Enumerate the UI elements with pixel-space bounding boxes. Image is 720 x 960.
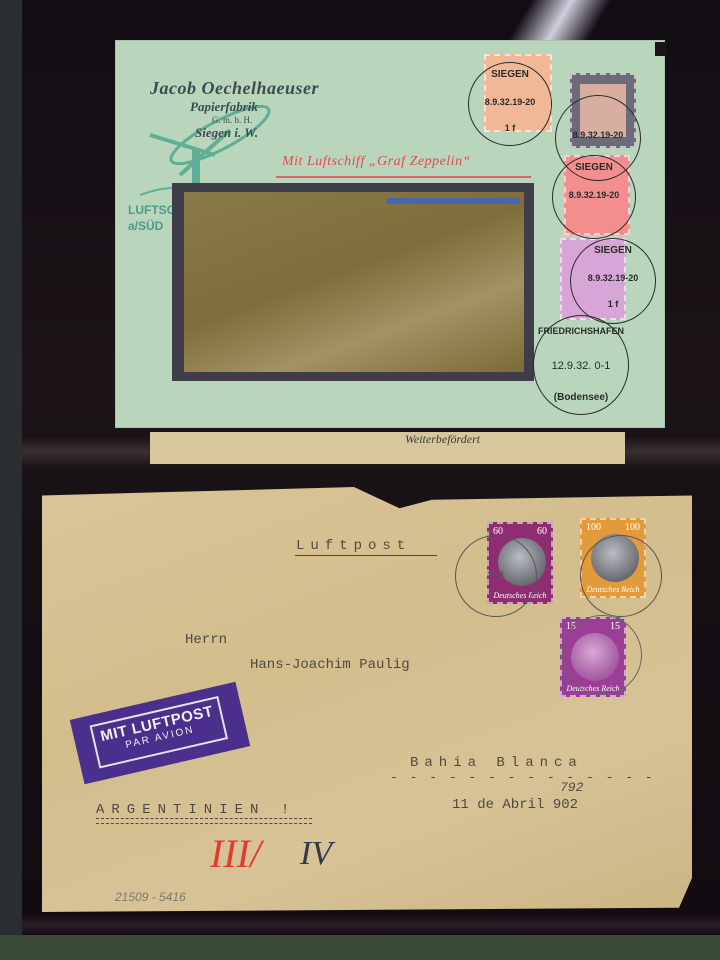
postmark-cover2: 25.1 [455, 535, 537, 617]
service-line: Luftpost [296, 538, 411, 554]
note-underline [276, 176, 531, 178]
postmark-cover2 [580, 535, 662, 617]
postmark-siegen: SIEGEN 8.9.32.19-20 1 f [468, 62, 552, 146]
background-surface [0, 935, 720, 960]
postmark-siegen: SIEGEN 8.9.32.19-20 1 f [570, 238, 656, 324]
pencil-reference-number: 21509 - 5416 [115, 890, 186, 904]
postmark-region: (Bodensee) [534, 392, 628, 403]
destination-city: Bahia Blanca [410, 755, 583, 771]
postmark-code: 1 f [571, 299, 655, 309]
postmark-town: SIEGEN [553, 162, 635, 173]
postmark-town: SIEGEN [469, 69, 551, 80]
postmark-date: 8.9.32.19-20 [556, 130, 640, 140]
letterhead: Jacob Oechelhaeuser Papierfabrik G. m. b… [150, 78, 370, 141]
album-binding-edge [0, 0, 22, 960]
stamp-value: 100 [625, 522, 640, 533]
envelope-window [184, 192, 524, 372]
service-underline [295, 555, 437, 556]
country-double-underline [96, 818, 312, 824]
stamp-value: 60 [537, 526, 547, 537]
address-correction: 792 [560, 780, 583, 795]
postmark-siegen: SIEGEN 8.9.32.19-20 [552, 155, 636, 239]
company-city: Siegen i. W. [195, 125, 370, 141]
dark-crayon-mark: IV [300, 835, 332, 873]
postmark-date: 25.1 [456, 570, 536, 580]
handwritten-zeppelin-note: Mit Luftschiff „Graf Zeppelin“ [282, 154, 471, 170]
company-name: Jacob Oechelhaeuser [150, 78, 370, 99]
blue-crayon-mark [386, 198, 520, 204]
salutation: Herrn [185, 632, 227, 648]
postmark-date: 8.9.32.19-20 [571, 273, 655, 283]
postmark-town: SIEGEN [571, 245, 655, 256]
postmark-friedrichshafen: FRIEDRICHSHAFEN 12.9.32. 0-1 (Bodensee) [533, 315, 629, 415]
company-legal-form: G. m. b. H. [212, 115, 370, 125]
company-type: Papierfabrik [190, 99, 370, 115]
red-crayon-mark: III/ [210, 830, 261, 877]
postmark-date: 8.9.32.19-20 [553, 190, 635, 200]
street-address: 11 de Abril 902 [452, 797, 578, 813]
postmark-cover2 [562, 615, 642, 695]
postmark-code: 1 f [469, 123, 551, 133]
postmark-date: 12.9.32. 0-1 [534, 360, 628, 372]
recipient-name: Hans-Joachim Paulig [250, 657, 410, 673]
paper-strip [150, 432, 625, 464]
sleeve-bottom-rail [22, 915, 720, 935]
city-underline-dashes: - - - - - - - - - - - - - - [390, 770, 655, 785]
postmark-date: 8.9.32.19-20 [469, 97, 551, 107]
envelope-corner-notch [655, 42, 667, 56]
postmark-town: FRIEDRICHSHAFEN [534, 326, 628, 336]
strip-handwriting: Weiterbefördert [405, 432, 480, 447]
destination-country: ARGENTINIEN ! [96, 802, 296, 818]
stamp-value: 100 [586, 522, 601, 533]
